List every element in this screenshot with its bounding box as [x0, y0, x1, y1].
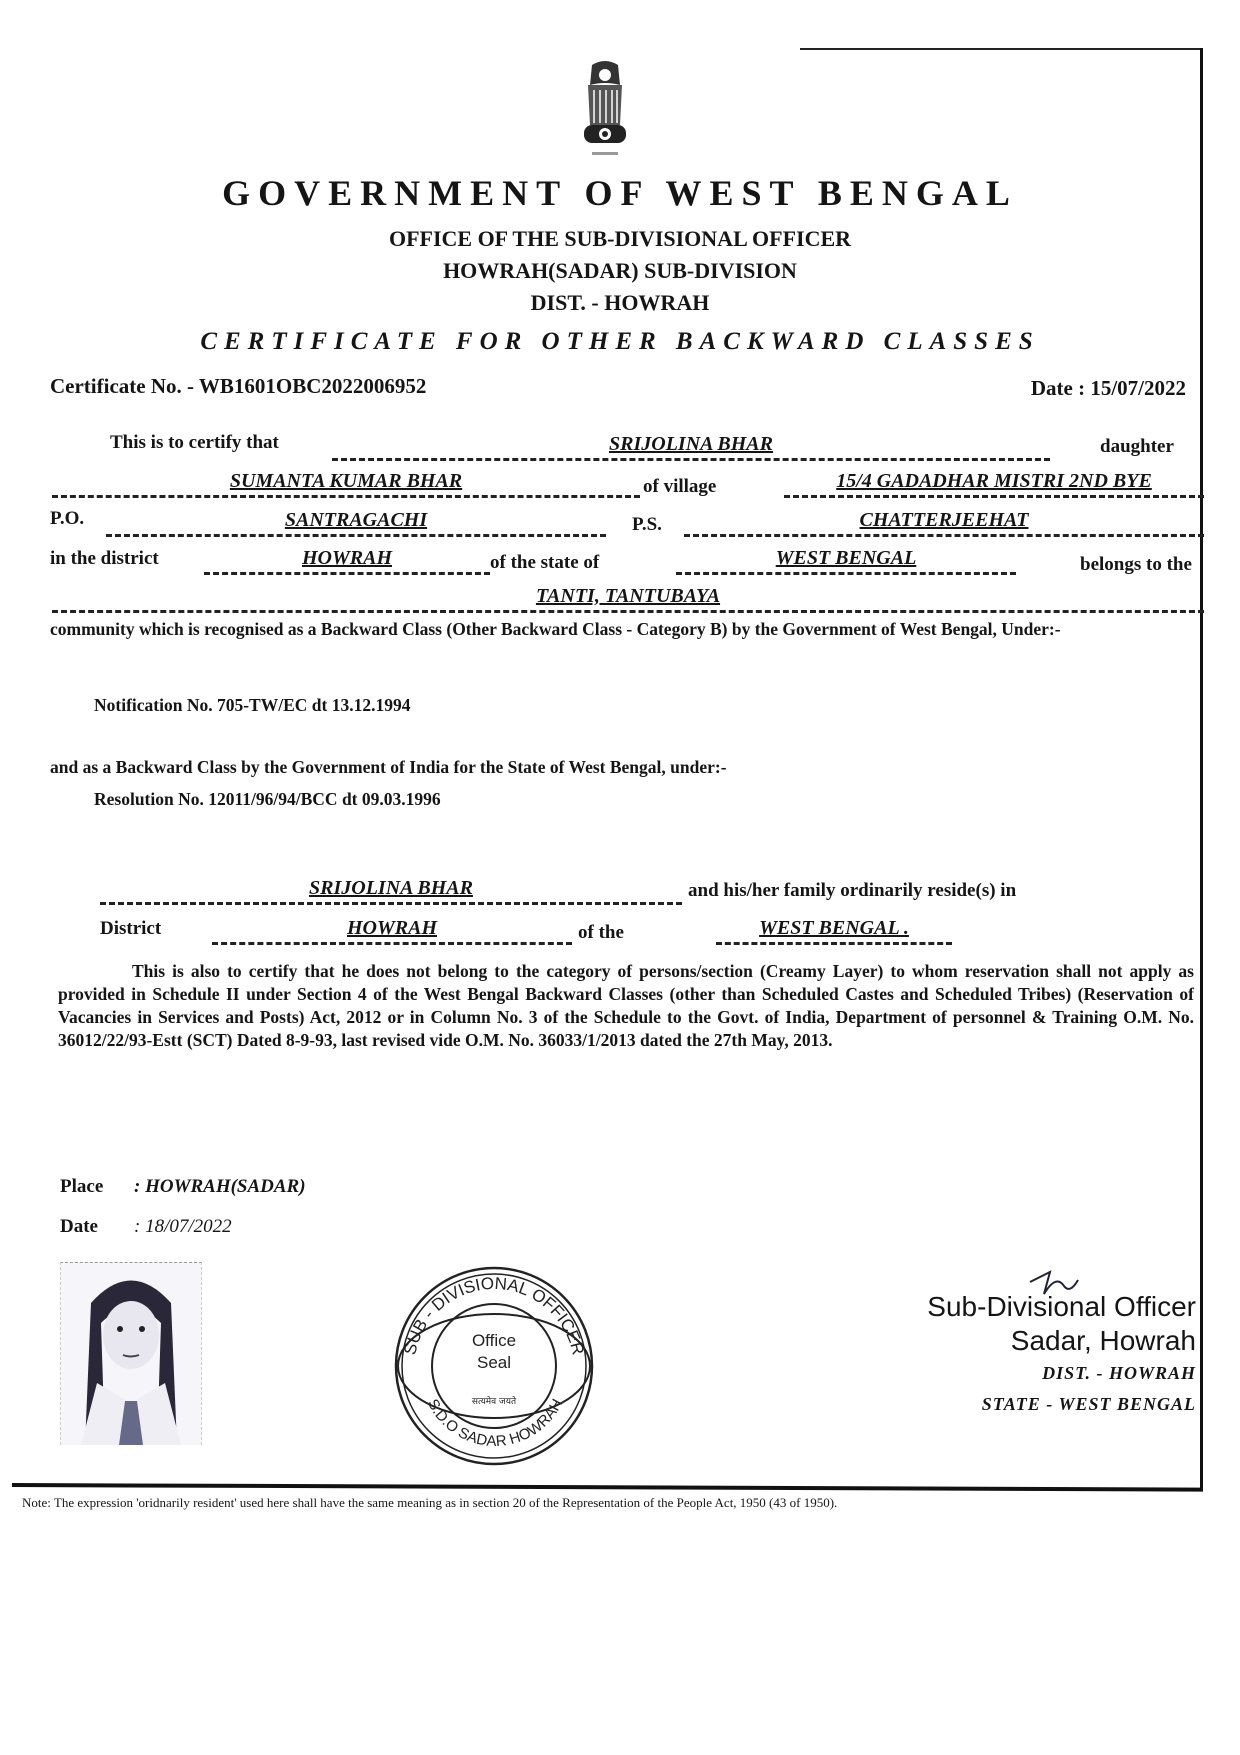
- svg-text:Seal: Seal: [477, 1353, 511, 1372]
- issue-date-value: 15/07/2022: [1090, 376, 1186, 400]
- recognition-text: community which is recognised as a Backw…: [50, 618, 1205, 641]
- state-label: of the state of: [490, 552, 599, 574]
- ps-value: CHATTERJEEHAT: [860, 509, 1029, 531]
- svg-text:Office: Office: [472, 1331, 516, 1350]
- issue-date: Date : 15/07/2022: [1031, 376, 1186, 401]
- svg-text:सत्यमेव जयते: सत्यमेव जयते: [472, 1395, 517, 1407]
- resident-district-field: HOWRAH: [212, 916, 572, 945]
- government-title: GOVERNMENT OF WEST BENGAL: [0, 172, 1240, 214]
- belongs-label: belongs to the: [1080, 554, 1192, 576]
- parent-name-field: SUMANTA KUMAR BHAR: [52, 469, 640, 498]
- creamy-layer-text: This is also to certify that he does not…: [58, 960, 1194, 1052]
- certify-label: This is to certify that: [110, 432, 279, 454]
- resident-district: HOWRAH: [347, 917, 437, 939]
- goi-text: and as a Backward Class by the Governmen…: [50, 756, 727, 779]
- place-label: Place: [60, 1176, 103, 1198]
- subdivision-name: HOWRAH(SADAR) SUB-DIVISION: [0, 258, 1240, 284]
- footer-date-label: Date: [60, 1216, 98, 1238]
- po-label: P.O.: [50, 508, 84, 530]
- notification-text: Notification No. 705-TW/EC dt 13.12.1994: [94, 694, 410, 717]
- footnote: Note: The expression 'oridnarily residen…: [22, 1495, 837, 1511]
- place-value: : HOWRAH(SADAR): [134, 1176, 306, 1198]
- certificate-number: Certificate No. - WB1601OBC2022006952: [50, 374, 426, 399]
- village-field: 15/4 GADADHAR MISTRI 2ND BYE: [784, 469, 1204, 498]
- certificate-no-label: Certificate No. -: [50, 374, 199, 398]
- parent-name: SUMANTA KUMAR BHAR: [230, 470, 462, 492]
- signature-scribble-icon: [1026, 1268, 1086, 1298]
- certificate-title: CERTIFICATE FOR OTHER BACKWARD CLASSES: [0, 328, 1240, 356]
- district-label: in the district: [50, 548, 159, 570]
- resident-state-field: WEST BENGAL .: [716, 916, 952, 945]
- village-value: 15/4 GADADHAR MISTRI 2ND BYE: [836, 470, 1152, 492]
- border-top: [800, 48, 1202, 50]
- footer-date-value: : 18/07/2022: [134, 1216, 232, 1238]
- community-field: TANTI, TANTUBAYA: [52, 584, 1204, 613]
- state-value: WEST BENGAL: [776, 547, 917, 569]
- district-field: HOWRAH: [204, 546, 490, 575]
- issue-date-label: Date :: [1031, 376, 1090, 400]
- border-bottom: [12, 1483, 1203, 1492]
- district-header: DIST. - HOWRAH: [0, 290, 1240, 316]
- signature-state: STATE - WEST BENGAL: [927, 1389, 1196, 1420]
- certificate-no-value: WB1601OBC2022006952: [199, 374, 427, 398]
- state-emblem-icon: [570, 55, 640, 165]
- village-label: of village: [643, 476, 716, 498]
- signature-block: Sub-Divisional Officer Sadar, Howrah DIS…: [927, 1290, 1196, 1420]
- resident-district-label: District: [100, 918, 161, 940]
- office-name: OFFICE OF THE SUB-DIVISIONAL OFFICER: [0, 226, 1240, 252]
- applicant-name-field: SRIJOLINA BHAR: [332, 432, 1050, 461]
- po-value: SANTRAGACHI: [285, 509, 427, 531]
- signature-dist: DIST. - HOWRAH: [927, 1358, 1196, 1389]
- reside-label: and his/her family ordinarily reside(s) …: [688, 880, 1016, 902]
- resident-name: SRIJOLINA BHAR: [309, 877, 473, 899]
- district-value: HOWRAH: [302, 547, 392, 569]
- community-value: TANTI, TANTUBAYA: [536, 585, 720, 607]
- office-seal: SUB - DIVISIONAL OFFICER S.D.O SADAR HOW…: [392, 1264, 597, 1469]
- resident-state: WEST BENGAL .: [759, 917, 909, 939]
- relation-label: daughter: [1100, 436, 1174, 458]
- state-field: WEST BENGAL: [676, 546, 1016, 575]
- resident-name-field: SRIJOLINA BHAR: [100, 876, 682, 905]
- of-the-label: of the: [578, 922, 624, 944]
- ps-field: CHATTERJEEHAT: [684, 508, 1204, 537]
- resolution-text: Resolution No. 12011/96/94/BCC dt 09.03.…: [94, 788, 441, 811]
- signature-stamp-line2: Sadar, Howrah: [927, 1324, 1196, 1358]
- applicant-photo: [60, 1262, 202, 1445]
- po-field: SANTRAGACHI: [106, 508, 606, 537]
- applicant-name: SRIJOLINA BHAR: [609, 433, 773, 455]
- ps-label: P.S.: [632, 514, 662, 536]
